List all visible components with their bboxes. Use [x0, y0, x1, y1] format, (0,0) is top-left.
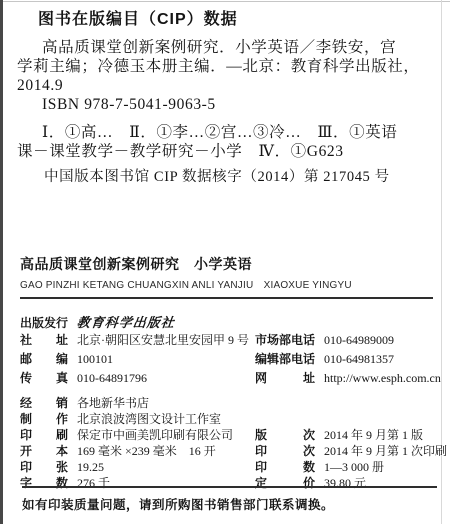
row-label: 定 价: [255, 474, 315, 491]
row-value: 276 千: [77, 474, 110, 491]
row-value: 北京浪波湾图文设计工作室: [77, 410, 221, 427]
colophon-right-lower: 版 次 2014 年 9 月第 1 版 印 次 2014 年 9 月第 1 次印…: [255, 426, 447, 490]
cip-body-line3: 2014.9: [17, 76, 439, 95]
cip-record-number: 中国版本图书馆 CIP 数据核字（2014）第 217045 号: [44, 168, 439, 187]
quality-notice: 如有印装质量问题，请到所购图书销售部门联系调换。: [22, 495, 334, 513]
book-title-pinyin: GAO PINZHI KETANG CHUANGXIN ANLI YANJIU …: [20, 280, 352, 292]
scan-edge-top: [3, 1, 450, 2]
cip-body-line1: 高品质课堂创新案例研究．小学英语／李铁安，宫: [42, 38, 439, 57]
row-label: 字 数: [20, 474, 68, 491]
book-copyright-page: 图书在版编目（CIP）数据 高品质课堂创新案例研究．小学英语／李铁安，宫 学莉主…: [0, 0, 450, 524]
row-value: 39.80 元: [324, 474, 366, 491]
row-value: 2014 年 9 月第 1 版: [324, 426, 423, 443]
row-value: 010-64891796: [77, 371, 147, 386]
cip-body-line2: 学莉主编；冷德玉本册主编．—北京：教育科学出版社，: [17, 57, 439, 76]
row-label: 印 次: [255, 442, 315, 459]
row-value: 010-64989009: [324, 333, 394, 348]
row-value: 各地新华书店: [77, 394, 149, 411]
book-title: 高品质课堂创新案例研究 小学英语: [20, 256, 352, 272]
row-label: 制 作: [20, 410, 68, 427]
row-label: 印 刷: [20, 426, 68, 443]
row-label: 编辑部电话: [255, 350, 315, 367]
row-label: 社 址: [20, 331, 68, 348]
row-label: 开 本: [20, 442, 68, 459]
colophon-row-publisher: 出版发行 教育科学出版社: [20, 312, 438, 331]
cip-class-line1: Ⅰ．①高… Ⅱ．①李…②宫…③冷… Ⅲ．①英语: [42, 123, 439, 142]
row-label: 网 址: [255, 369, 315, 386]
colophon-row-marketing-phone: 市场部电话 010-64989009: [255, 331, 441, 350]
website-url: http://www.esph.com.cn: [324, 371, 441, 386]
row-label: 经 销: [20, 394, 68, 411]
row-value: 保定市中画美凯印刷有限公司: [77, 426, 233, 443]
row-label: 版 次: [255, 426, 315, 443]
cip-block: 图书在版编目（CIP）数据 高品质课堂创新案例研究．小学英语／李铁安，宫 学莉主…: [17, 10, 439, 187]
publisher-logotype: 教育科学出版社: [76, 312, 176, 331]
row-value: 010-64981357: [324, 352, 394, 367]
colophon-row-print-run: 印 数 1—3 000 册: [255, 458, 447, 474]
colophon-row-editorial-phone: 编辑部电话 010-64981357: [255, 350, 441, 369]
row-label: 印 张: [20, 458, 68, 475]
colophon-row-impression: 印 次 2014 年 9 月第 1 次印刷: [255, 442, 447, 458]
colophon-right-upper: 市场部电话 010-64989009 编辑部电话 010-64981357 网 …: [255, 331, 441, 388]
row-label: 市场部电话: [255, 331, 315, 348]
colophon-table: 出版发行 教育科学出版社 社 址 北京·朝阳区安慧北里安园甲 9 号 邮 编 1…: [20, 312, 438, 490]
isbn-line: ISBN 978-7-5041-9063-5: [42, 95, 439, 114]
row-value: 2014 年 9 月第 1 次印刷: [324, 442, 447, 459]
row-value: 北京·朝阳区安慧北里安园甲 9 号: [77, 331, 249, 348]
cip-class-line2: 课－课堂教学－教学研究－小学 Ⅳ．①G623: [17, 142, 439, 161]
row-value: 100101: [77, 352, 113, 367]
row-value: 1—3 000 册: [324, 458, 384, 475]
colophon-row-edition: 版 次 2014 年 9 月第 1 版: [255, 426, 447, 442]
title-block: 高品质课堂创新案例研究 小学英语 GAO PINZHI KETANG CHUAN…: [20, 256, 352, 292]
row-label: 邮 编: [20, 350, 68, 367]
row-label: 印 数: [255, 458, 315, 475]
row-value: 169 毫米 ×239 毫米 16 开: [77, 442, 216, 459]
row-label: 传 真: [20, 369, 68, 386]
divider-top: [20, 297, 433, 299]
colophon-row-production: 制 作 北京浪波湾图文设计工作室: [20, 410, 438, 426]
row-value: 19.25: [77, 460, 104, 475]
cip-heading: 图书在版编目（CIP）数据: [38, 10, 439, 30]
row-label: 出版发行: [20, 314, 68, 331]
divider-bottom: [22, 486, 437, 488]
colophon-row-distribution: 经 销 各地新华书店: [20, 394, 438, 410]
scan-edge-left: [0, 0, 3, 524]
colophon-row-website: 网 址 http://www.esph.com.cn: [255, 369, 441, 388]
